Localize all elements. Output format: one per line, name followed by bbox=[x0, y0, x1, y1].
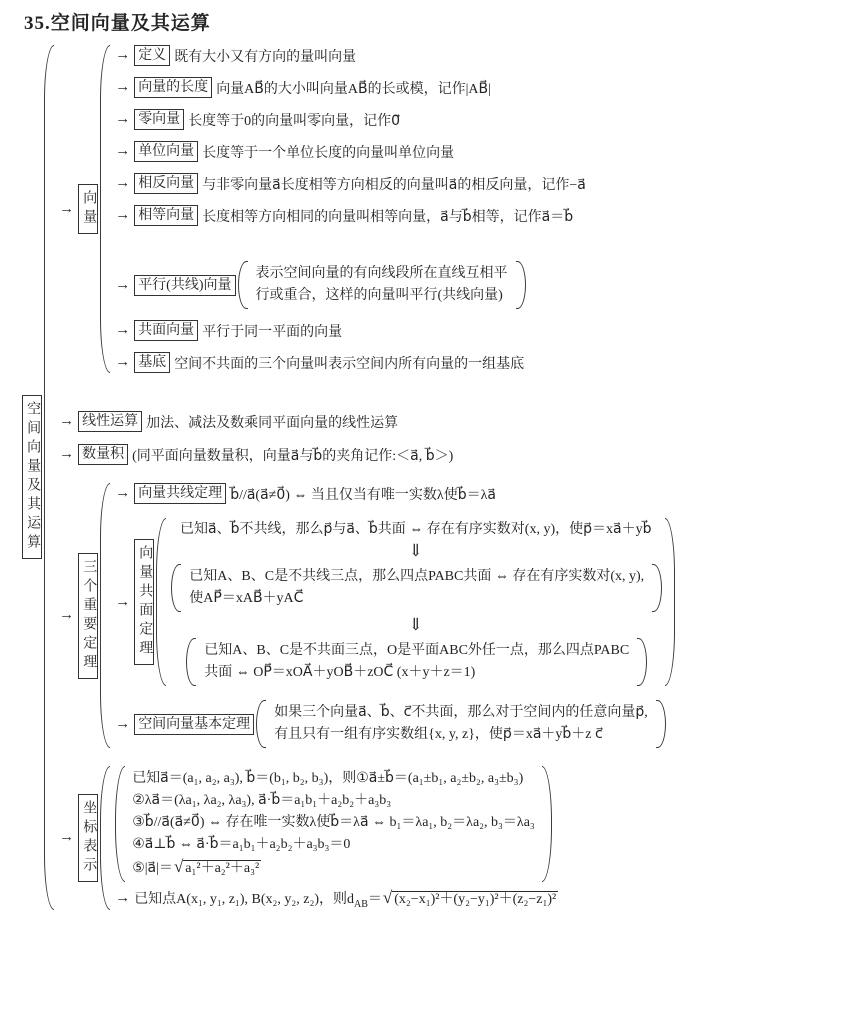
item-coplanar-vector: → 共面向量 平行于同一平面的向量 bbox=[113, 320, 586, 341]
paren-left bbox=[156, 518, 166, 686]
term-text: 既有大小又有方向的量叫向量 bbox=[174, 46, 356, 66]
item-parallel-vector: → 平行(共线)向量 表示空间向量的有向线段所在直线互相平 行或重合，这样的向量… bbox=[113, 261, 586, 309]
concept-map-page: 35.空间向量及其运算 空间向量及其运算 → 向量 → 定义 既有大小又有方向的… bbox=[0, 0, 852, 1015]
paren-right bbox=[542, 766, 552, 882]
term-text: 空间不共面的三个向量叫表示空间内所有向量的一组基底 bbox=[174, 353, 524, 373]
coplanar-step1: 已知a⃗、b⃗不共线，那么p⃗与a⃗、b⃗共面 ⇔ 存在有序实数对(x, y)，… bbox=[180, 518, 652, 538]
paren-line: 行或重合，这样的向量叫平行(共线向量) bbox=[256, 285, 508, 307]
arrow-icon: → bbox=[115, 594, 130, 611]
branch-vector: → 向量 → 定义 既有大小又有方向的量叫向量 → 向量的长度 向量AB⃗的大小… bbox=[57, 45, 675, 373]
item-fundamental-theorem: → 空间向量基本定理 如果三个向量a⃗、b⃗、c⃗不共面，那么对于空间内的任意向… bbox=[113, 700, 675, 748]
arrow-icon: → bbox=[115, 79, 130, 96]
arrow-icon: → bbox=[115, 175, 130, 192]
item-coplanar-theorem: → 向量共面定理 已知a⃗、b⃗不共线，那么p⃗与a⃗、b⃗共面 ⇔ 存在有序实… bbox=[113, 518, 675, 686]
three-theorems-box: 三个重要定理 bbox=[78, 553, 98, 679]
fundamental-definition: 如果三个向量a⃗、b⃗、c⃗不共面，那么对于空间内的任意向量p⃗, 有且只有一组… bbox=[270, 700, 652, 748]
step-line: 共面 ⇔ OP⃗＝xOA⃗＋yOB⃗＋zOC⃗ (x＋y＋z＝1) bbox=[204, 662, 629, 684]
item-vector-length: → 向量的长度 向量AB⃗的大小叫向量AB⃗的长或模，记作|AB⃗| bbox=[113, 77, 586, 98]
term-box: 空间向量基本定理 bbox=[134, 714, 254, 735]
term-box: 单位向量 bbox=[134, 141, 198, 162]
arrow-icon: → bbox=[115, 207, 130, 224]
vector-brace bbox=[100, 45, 110, 373]
arrow-icon: → bbox=[115, 143, 130, 160]
arrow-icon: → bbox=[115, 111, 130, 128]
term-box: 零向量 bbox=[134, 109, 184, 130]
paren-right bbox=[665, 518, 675, 686]
term-text: 长度相等方向相同的向量叫相等向量，a⃗与b⃗相等，记作a⃗＝b⃗ bbox=[202, 206, 573, 226]
root-children: → 向量 → 定义 既有大小又有方向的量叫向量 → 向量的长度 向量AB⃗的大小… bbox=[57, 45, 675, 910]
paren-left bbox=[238, 261, 248, 309]
collinear-formula: b⃗//a⃗(a⃗≠0⃗) ⇔ 当且仅当有唯一实数λ使b⃗＝λa⃗ bbox=[230, 484, 496, 504]
formula-line: 已知a⃗＝(a₁, a₂, a₃), b⃗＝(b₁, b₂, b₃)，则①a⃗±… bbox=[132, 768, 535, 790]
arrow-icon: → bbox=[59, 446, 74, 463]
distance-radicand: (x₂−x₁)²＋(y₂−y₁)²＋(z₂−z₁)² bbox=[392, 891, 558, 907]
coordinate-formulas-paren: 已知a⃗＝(a₁, a₂, a₃), b⃗＝(b₁, b₂, b₃)，则①a⃗±… bbox=[113, 766, 558, 882]
term-box: 平行(共线)向量 bbox=[134, 275, 235, 296]
paren-left bbox=[186, 638, 196, 686]
distance-prefix: 已知点A(x₁, y₁, z₁), B(x₂, y₂, z₂)，则d bbox=[134, 892, 354, 907]
term-box: 共面向量 bbox=[134, 320, 198, 341]
coplanar-steps: 已知a⃗、b⃗不共线，那么p⃗与a⃗、b⃗共面 ⇔ 存在有序实数对(x, y)，… bbox=[169, 518, 662, 686]
arrow-icon: → bbox=[59, 201, 74, 218]
formula-line: ③b⃗//a⃗(a⃗≠0⃗) ⇔ 存在唯一实数λ使b⃗＝λa⃗ ⇔ b₁＝λa₁… bbox=[132, 812, 535, 834]
term-text: 与非零向量a⃗长度相等方向相反的向量叫a⃗的相反向量，记作−a⃗ bbox=[202, 174, 586, 194]
step-line: 已知A、B、C是不共面三点，O是平面ABC外任一点，那么四点PABC bbox=[204, 640, 629, 662]
magnitude-prefix: ⑤|a⃗|＝ bbox=[132, 861, 173, 876]
term-box: 定义 bbox=[134, 45, 170, 66]
term-box: 向量共线定理 bbox=[134, 483, 226, 504]
term-text: 长度等于0的向量叫零向量，记作0⃗ bbox=[188, 110, 400, 130]
theorem-items: → 向量共线定理 b⃗//a⃗(a⃗≠0⃗) ⇔ 当且仅当有唯一实数λ使b⃗＝λ… bbox=[113, 483, 675, 748]
coplanar-theorem-box: 向量共面定理 bbox=[134, 539, 154, 665]
item-basis: → 基底 空间不共面的三个向量叫表示空间内所有向量的一组基底 bbox=[113, 352, 586, 373]
step-line: 使AP⃗＝xAB⃗＋yAC⃗ bbox=[189, 588, 644, 610]
arrow-icon: → bbox=[115, 322, 130, 339]
item-definition: → 定义 既有大小又有方向的量叫向量 bbox=[113, 45, 586, 66]
paren-line: 有且只有一组有序实数组{x, y, z}，使p⃗＝xa⃗＋yb⃗＋z c⃗ bbox=[274, 724, 648, 746]
term-box: 相等向量 bbox=[134, 205, 198, 226]
parallel-paren-group: 表示空间向量的有向线段所在直线互相平 行或重合，这样的向量叫平行(共线向量) bbox=[236, 261, 526, 309]
coplanar-step3: 已知A、B、C是不共面三点，O是平面ABC外任一点，那么四点PABC 共面 ⇔ … bbox=[200, 638, 633, 686]
term-box: 向量的长度 bbox=[134, 77, 212, 98]
sqrt-icon: √ bbox=[383, 888, 392, 907]
term-box: 基底 bbox=[134, 352, 170, 373]
arrow-icon: → bbox=[59, 607, 74, 624]
coplanar-step2: 已知A、B、C是不共线三点，那么四点PABC共面 ⇔ 存在有序实数对(x, y)… bbox=[185, 564, 648, 612]
tree-root: 空间向量及其运算 → 向量 → 定义 既有大小又有方向的量叫向量 → 向量的长度 bbox=[22, 45, 852, 910]
item-collinear-theorem: → 向量共线定理 b⃗//a⃗(a⃗≠0⃗) ⇔ 当且仅当有唯一实数λ使b⃗＝λ… bbox=[113, 483, 675, 504]
arrow-icon: → bbox=[115, 47, 130, 64]
formula-line: ②λa⃗＝(λa₁, λa₂, λa₃), a⃗·b⃗＝a₁b₁＋a₂b₂＋a₃… bbox=[132, 790, 535, 812]
paren-line: 表示空间向量的有向线段所在直线互相平 bbox=[256, 263, 508, 285]
paren-line: 如果三个向量a⃗、b⃗、c⃗不共面，那么对于空间内的任意向量p⃗, bbox=[274, 702, 648, 724]
arrow-icon: → bbox=[115, 277, 130, 294]
branch-three-theorems: → 三个重要定理 → 向量共线定理 b⃗//a⃗(a⃗≠0⃗) ⇔ 当且仅当有唯… bbox=[57, 483, 675, 748]
term-box: 数量积 bbox=[78, 444, 128, 465]
coordinate-items: 已知a⃗＝(a₁, a₂, a₃), b⃗＝(b₁, b₂, b₃)，则①a⃗±… bbox=[113, 766, 558, 910]
step-line: 已知A、B、C是不共线三点，那么四点PABC共面 ⇔ 存在有序实数对(x, y)… bbox=[189, 566, 644, 588]
root-brace bbox=[44, 45, 54, 910]
root-topic-box: 空间向量及其运算 bbox=[22, 395, 42, 559]
paren-left bbox=[115, 766, 125, 882]
distance-text: 已知点A(x₁, y₁, z₁), B(x₂, y₂, z₂)，则dAB＝√(x… bbox=[134, 888, 558, 910]
branch-coordinates: → 坐标表示 已知a⃗＝(a₁, a₂, a₃), b⃗＝(b₁, b₂, b₃… bbox=[57, 766, 675, 910]
theorems-brace bbox=[100, 483, 110, 748]
double-down-arrow-icon: ⇓ bbox=[409, 542, 423, 560]
item-distance-formula: → 已知点A(x₁, y₁, z₁), B(x₂, y₂, z₂)，则dAB＝√… bbox=[113, 888, 558, 910]
fundamental-paren-group: 如果三个向量a⃗、b⃗、c⃗不共面，那么对于空间内的任意向量p⃗, 有且只有一组… bbox=[254, 700, 666, 748]
term-text: 平行于同一平面的向量 bbox=[202, 321, 342, 341]
formula-line-magnitude: ⑤|a⃗|＝√a₁²＋a₂²＋a₃² bbox=[132, 856, 535, 880]
term-text: 向量AB⃗的大小叫向量AB⃗的长或模，记作|AB⃗| bbox=[216, 78, 491, 98]
coplanar-step3-paren: 已知A、B、C是不共面三点，O是平面ABC外任一点，那么四点PABC 共面 ⇔ … bbox=[184, 638, 647, 686]
double-down-arrow-icon: ⇓ bbox=[409, 616, 423, 634]
vector-items: → 定义 既有大小又有方向的量叫向量 → 向量的长度 向量AB⃗的大小叫向量AB… bbox=[113, 45, 586, 373]
item-opposite-vector: → 相反向量 与非零向量a⃗长度相等方向相反的向量叫a⃗的相反向量，记作−a⃗ bbox=[113, 173, 586, 194]
vector-branch-box: 向量 bbox=[78, 184, 98, 234]
paren-left bbox=[256, 700, 266, 748]
coplanar-outer-paren: 已知a⃗、b⃗不共线，那么p⃗与a⃗、b⃗共面 ⇔ 存在有序实数对(x, y)，… bbox=[154, 518, 675, 686]
arrow-icon: → bbox=[59, 413, 74, 430]
item-unit-vector: → 单位向量 长度等于一个单位长度的向量叫单位向量 bbox=[113, 141, 586, 162]
formula-line: ④a⃗⊥b⃗ ⇔ a⃗·b⃗＝a₁b₁＋a₂b₂＋a₃b₃＝0 bbox=[132, 834, 535, 856]
coordinate-formulas: 已知a⃗＝(a₁, a₂, a₃), b⃗＝(b₁, b₂, b₃)，则①a⃗±… bbox=[128, 766, 539, 882]
arrow-icon: → bbox=[115, 354, 130, 371]
paren-right bbox=[652, 564, 662, 612]
equals-sign: ＝ bbox=[368, 892, 382, 907]
sqrt-icon: √ bbox=[174, 857, 183, 876]
term-text: 加法、减法及数乘同平面向量的线性运算 bbox=[146, 412, 398, 432]
parallel-definition: 表示空间向量的有向线段所在直线互相平 行或重合，这样的向量叫平行(共线向量) bbox=[252, 261, 512, 309]
coplanar-step2-paren: 已知A、B、C是不共线三点，那么四点PABC共面 ⇔ 存在有序实数对(x, y)… bbox=[169, 564, 662, 612]
item-linear-operations: → 线性运算 加法、减法及数乘同平面向量的线性运算 bbox=[57, 411, 675, 432]
coordinates-box: 坐标表示 bbox=[78, 794, 98, 882]
item-zero-vector: → 零向量 长度等于0的向量叫零向量，记作0⃗ bbox=[113, 109, 586, 130]
arrow-icon: → bbox=[115, 485, 130, 502]
item-dot-product: → 数量积 (同平面向量数量积，向量a⃗与b⃗的夹角记作:＜a⃗, b⃗＞) bbox=[57, 444, 675, 465]
arrow-icon: → bbox=[115, 890, 130, 907]
magnitude-radicand: a₁²＋a₂²＋a₃² bbox=[183, 860, 261, 876]
coordinates-brace bbox=[100, 766, 110, 910]
paren-right bbox=[637, 638, 647, 686]
paren-right bbox=[516, 261, 526, 309]
item-equal-vector: → 相等向量 长度相等方向相同的向量叫相等向量，a⃗与b⃗相等，记作a⃗＝b⃗ bbox=[113, 205, 586, 226]
page-title: 35.空间向量及其运算 bbox=[24, 8, 852, 35]
term-text: 长度等于一个单位长度的向量叫单位向量 bbox=[202, 142, 454, 162]
term-text: (同平面向量数量积，向量a⃗与b⃗的夹角记作:＜a⃗, b⃗＞) bbox=[132, 445, 453, 465]
arrow-icon: → bbox=[59, 829, 74, 846]
term-box: 相反向量 bbox=[134, 173, 198, 194]
arrow-icon: → bbox=[115, 716, 130, 733]
distance-subscript: AB bbox=[354, 899, 368, 910]
term-box: 线性运算 bbox=[78, 411, 142, 432]
paren-right bbox=[656, 700, 666, 748]
paren-left bbox=[171, 564, 181, 612]
